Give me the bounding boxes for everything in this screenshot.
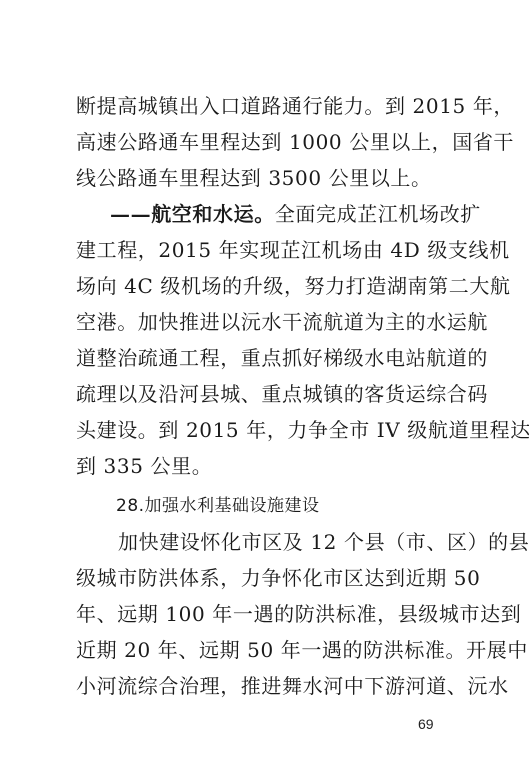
page-number: 69 bbox=[418, 716, 434, 732]
text-line: 空港。加快推进以沅水干流航道为主的水运航 bbox=[76, 310, 454, 334]
text-line: 近期 20 年、远期 50 年一遇的防洪标准。开展中 bbox=[76, 638, 454, 662]
text-line: 场向 4C 级机场的升级，努力打造湖南第二大航 bbox=[76, 274, 454, 298]
text-line: 高速公路通车里程达到 1000 公里以上，国省干 bbox=[76, 130, 454, 154]
text-line: 断提高城镇出入口道路通行能力。到 2015 年， bbox=[76, 94, 454, 118]
section-heading: 28.加强水利基础设施建设 bbox=[116, 494, 320, 518]
paragraph-aviation-first-line: ——航空和水运。全面完成芷江机场改扩 bbox=[110, 202, 454, 226]
section-lead-aviation: ——航空和水运。 bbox=[110, 202, 275, 226]
paragraph-water-first-line: 加快建设怀化市区及 12 个县（市、区）的县 bbox=[118, 530, 454, 554]
text-line: 疏理以及沿河县城、重点城镇的客货运综合码 bbox=[76, 382, 454, 406]
text-line: 年、远期 100 年一遇的防洪标准，县级城市达到 bbox=[76, 602, 454, 626]
text-fragment: 全面完成芷江机场改扩 bbox=[275, 202, 481, 226]
text-line: 小河流综合治理，推进舞水河中下游河道、沅水 bbox=[76, 674, 454, 698]
text-line: 道整治疏通工程，重点抓好梯级水电站航道的 bbox=[76, 346, 454, 370]
document-page: 断提高城镇出入口道路通行能力。到 2015 年， 高速公路通车里程达到 1000… bbox=[0, 0, 529, 774]
text-line: 到 335 公里。 bbox=[76, 454, 454, 478]
text-line: 级城市防洪体系，力争怀化市区达到近期 50 bbox=[76, 566, 454, 590]
text-line: 建工程，2015 年实现芷江机场由 4D 级支线机 bbox=[76, 238, 454, 262]
text-line: 头建设。到 2015 年，力争全市 IV 级航道里程达 bbox=[76, 418, 454, 442]
text-line: 线公路通车里程达到 3500 公里以上。 bbox=[76, 166, 454, 190]
